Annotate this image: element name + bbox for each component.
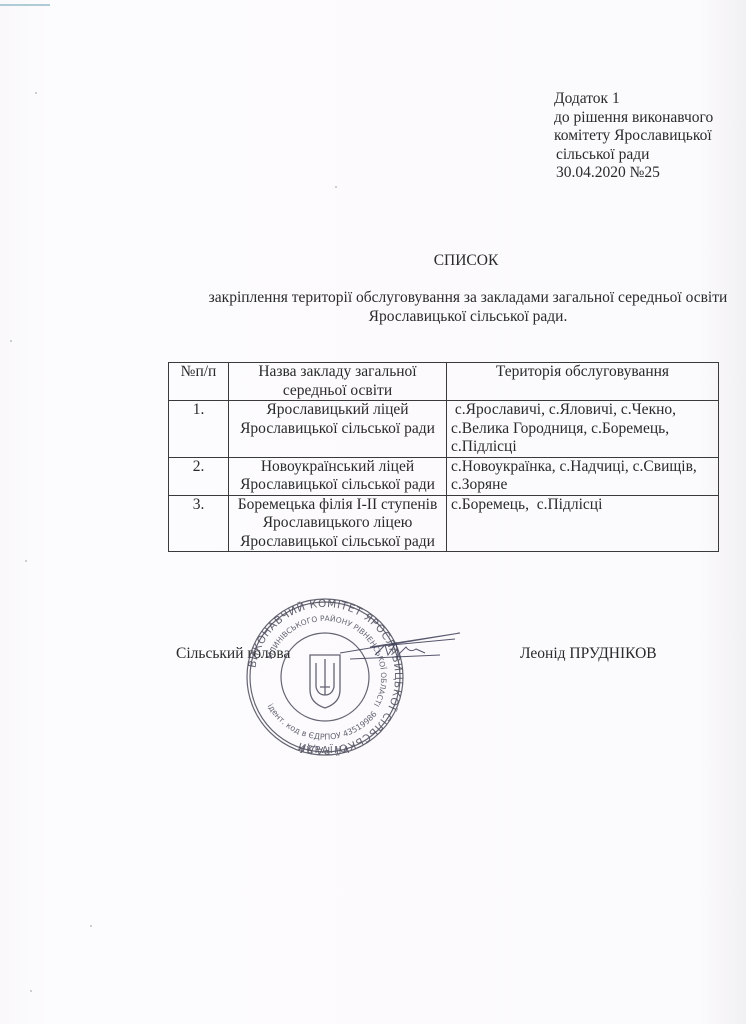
- appendix-line: сільської ради: [554, 146, 713, 165]
- scan-speck: [25, 560, 27, 562]
- document-subtitle: закріплення території обслуговування за …: [190, 288, 746, 326]
- territory: с.Новоукраїнка, с.Надчиці, с.Свищів, с.З…: [447, 457, 719, 495]
- official-seal-icon: ВИКОНАВЧИЙ КОМІТЕТ ЯРОСЛАВИЦЬКОЇ СІЛЬСЬК…: [240, 595, 410, 760]
- svg-text:УКРАЇНА: УКРАЇНА: [299, 745, 351, 756]
- scan-edge-artifact: [0, 4, 50, 6]
- document-title: СПИСОК: [0, 252, 746, 270]
- school-name: Ярославицький ліцей Ярославицької сільсь…: [229, 401, 447, 458]
- school-name: Новоукраїнський ліцей Ярославицької сіль…: [229, 457, 447, 495]
- school-name: Боремецька філія І-ІІ ступенів Ярославиц…: [229, 495, 447, 552]
- appendix-line: Додаток 1: [554, 90, 713, 109]
- column-header-number: №п/п: [169, 363, 229, 401]
- handwritten-signature-icon: [330, 625, 470, 665]
- signatory-name: Леонід ПРУДНІКОВ: [520, 645, 657, 663]
- scan-speck: [335, 186, 337, 188]
- row-number: 2.: [169, 457, 229, 495]
- appendix-date-number: 30.04.2020 №25: [554, 164, 713, 183]
- scan-speck: [90, 925, 92, 927]
- scanned-document-page: Додаток 1 до рішення виконавчого комітет…: [0, 0, 746, 1024]
- scan-speck: [30, 990, 32, 992]
- table-row: 3. Боремецька філія І-ІІ ступенів Яросла…: [169, 495, 719, 552]
- appendix-line: комітету Ярославицької: [554, 127, 713, 146]
- territory: с.Ярославичі, с.Яловичі, с.Чекно, с.Вели…: [447, 401, 719, 458]
- table-header-row: №п/п Назва закладу загальної середньої о…: [169, 363, 719, 401]
- appendix-line: до рішення виконавчого: [554, 109, 713, 128]
- row-number: 1.: [169, 401, 229, 458]
- table-row: 2. Новоукраїнський ліцей Ярославицької с…: [169, 457, 719, 495]
- row-number: 3.: [169, 495, 229, 552]
- document-title-text: СПИСОК: [434, 252, 499, 269]
- appendix-reference: Додаток 1 до рішення виконавчого комітет…: [554, 90, 713, 183]
- column-header-territory: Територія обслуговування: [447, 363, 719, 401]
- territory: с.Боремець, с.Підлісці: [447, 495, 719, 552]
- column-header-school: Назва закладу загальної середньої освіти: [229, 363, 447, 401]
- scan-speck: [35, 92, 37, 94]
- schools-territory-table: №п/п Назва закладу загальної середньої о…: [168, 362, 719, 552]
- table-row: 1. Ярославицький ліцей Ярославицької сіл…: [169, 401, 719, 458]
- scan-speck: [10, 340, 12, 342]
